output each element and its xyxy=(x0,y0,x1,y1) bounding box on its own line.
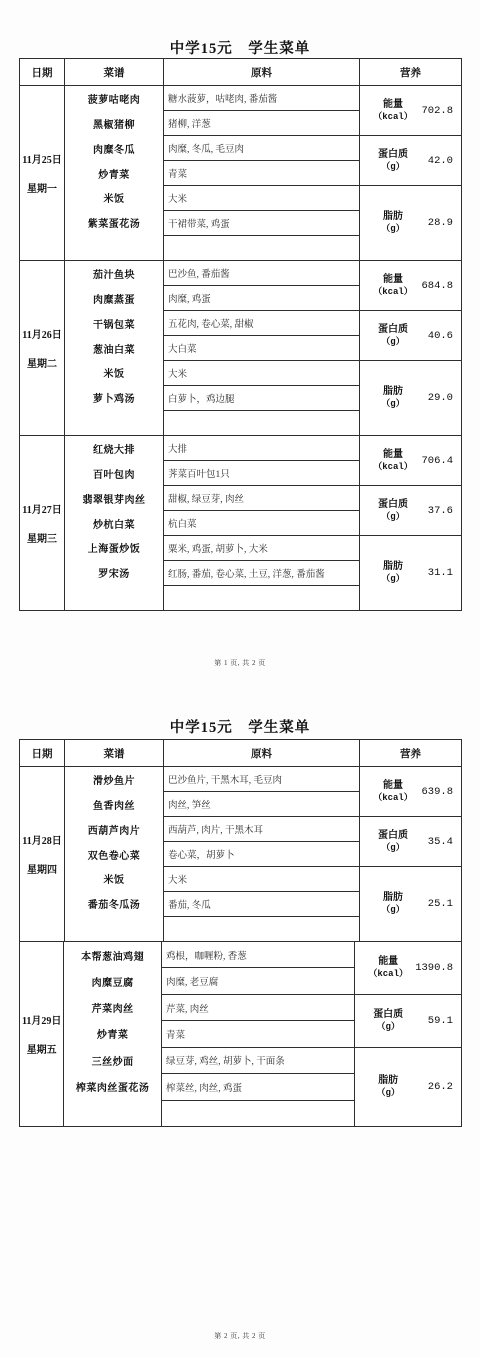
day-block-wednesday: 11月27日 星期三 红烧大排 百叶包肉 翡翠银芽肉丝 炒杭白菜 上海蛋炒饭 罗… xyxy=(20,435,461,610)
fat-value: 25.1 xyxy=(420,898,455,910)
dish-name: 炒青菜 xyxy=(65,161,163,186)
dish-name: 菠萝咕咾肉 xyxy=(65,86,163,111)
dish-name: 罗宋汤 xyxy=(65,560,163,585)
nutrition-fat: 脂肪 （g） 25.1 xyxy=(360,867,461,941)
table-header: 日期 菜谱 原料 营养 xyxy=(20,59,461,86)
dish-name-empty xyxy=(65,235,163,260)
ingredients-cell: 巴沙鱼片, 干黑木耳, 毛豆肉 肉丝, 笋丝 西葫芦, 肉片, 干黑木耳 卷心菜… xyxy=(164,767,360,941)
header-date: 日期 xyxy=(20,59,65,85)
ingredients-text: 干裙带菜, 鸡蛋 xyxy=(164,211,359,236)
menu-cell: 菠萝咕咾肉 黑椒猪柳 肉糜冬瓜 炒青菜 米饭 紫菜蛋花汤 xyxy=(65,86,164,260)
fat-value: 29.0 xyxy=(420,392,455,404)
ingredients-empty xyxy=(164,236,359,260)
ingredients-text: 荠菜百叶包1只 xyxy=(164,461,359,486)
protein-unit: （g） xyxy=(366,161,420,174)
dish-name: 芹菜肉丝 xyxy=(64,995,161,1021)
ingredients-text: 西葫芦, 肉片, 干黑木耳 xyxy=(164,817,359,842)
ingredients-text: 猪柳, 洋葱 xyxy=(164,111,359,136)
ingredients-text: 大白菜 xyxy=(164,336,359,361)
dish-name: 炒杭白菜 xyxy=(65,511,163,536)
header-menu: 菜谱 xyxy=(65,59,164,85)
nutrition-fat: 脂肪 （g） 31.1 xyxy=(360,536,461,610)
protein-unit: （g） xyxy=(366,336,420,349)
fat-label: 脂肪 xyxy=(366,560,420,573)
date-text: 11月28日 xyxy=(22,832,61,847)
day-block-friday: 11月29日 星期五 本帮葱油鸡翅 肉糜豆腐 芹菜肉丝 炒青菜 三丝炒面 榨菜肉… xyxy=(20,941,461,1126)
energy-unit: （kcal） xyxy=(366,111,420,124)
date-text: 11月29日 xyxy=(22,1012,61,1027)
date-cell: 11月25日 星期一 xyxy=(20,86,65,260)
dish-name: 西葫芦肉片 xyxy=(65,817,163,842)
fat-value: 31.1 xyxy=(420,567,455,579)
nutrition-protein: 蛋白质 （g） 35.4 xyxy=(360,817,461,867)
ingredients-text: 青菜 xyxy=(164,161,359,186)
dish-name: 葱油白菜 xyxy=(65,336,163,361)
weekday-text: 星期五 xyxy=(27,1041,57,1056)
nutrition-protein: 蛋白质 （g） 42.0 xyxy=(360,136,461,186)
ingredients-text: 五花肉, 卷心菜, 甜椒 xyxy=(164,311,359,336)
protein-unit: （g） xyxy=(361,1021,415,1034)
nutrition-cell: 能量 （kcal） 702.8 蛋白质 （g） 42.0 脂肪 （g） 28.9 xyxy=(360,86,461,260)
menu-table-page2: 日期 菜谱 原料 营养 11月28日 星期四 滑炒鱼片 鱼香肉丝 西葫芦肉片 双… xyxy=(19,739,462,1127)
dish-name: 干锅包菜 xyxy=(65,311,163,336)
nutrition-protein: 蛋白质 （g） 40.6 xyxy=(360,311,461,361)
page2-footer: 第 2 页, 共 2 页 xyxy=(0,1331,480,1341)
header-menu: 菜谱 xyxy=(65,740,164,766)
protein-label: 蛋白质 xyxy=(366,498,420,511)
page1-footer: 第 1 页, 共 2 页 xyxy=(0,658,480,668)
dish-name: 榨菜肉丝蛋花汤 xyxy=(64,1073,161,1099)
weekday-text: 星期一 xyxy=(27,180,57,195)
fat-unit: （g） xyxy=(366,573,420,586)
protein-unit: （g） xyxy=(366,842,420,855)
ingredients-text: 甜椒, 绿豆芽, 肉丝 xyxy=(164,486,359,511)
energy-value: 702.8 xyxy=(420,105,455,117)
ingredients-text: 糖水菠萝，咕咾肉, 番茄酱 xyxy=(164,86,359,111)
ingredients-empty xyxy=(164,917,359,941)
dish-name: 肉糜豆腐 xyxy=(64,968,161,994)
energy-unit: （kcal） xyxy=(361,968,415,981)
energy-value: 706.4 xyxy=(420,455,455,467)
nutrition-energy: 能量 （kcal） 1390.8 xyxy=(355,942,461,995)
nutrition-energy: 能量 （kcal） 706.4 xyxy=(360,436,461,486)
page-title: 中学15元 学生菜单 xyxy=(0,37,480,58)
dish-name: 红烧大排 xyxy=(65,436,163,461)
energy-label: 能量 xyxy=(366,448,420,461)
dish-name: 翡翠银芽肉丝 xyxy=(65,486,163,511)
energy-label: 能量 xyxy=(366,273,420,286)
dish-name: 米饭 xyxy=(65,360,163,385)
menu-cell: 滑炒鱼片 鱼香肉丝 西葫芦肉片 双色卷心菜 米饭 番茄冬瓜汤 xyxy=(65,767,164,941)
ingredients-text: 巴沙鱼, 番茄酱 xyxy=(164,261,359,286)
ingredients-text: 大米 xyxy=(164,361,359,386)
date-text: 11月25日 xyxy=(22,151,61,166)
dish-name: 茄汁鱼块 xyxy=(65,261,163,286)
dish-name: 肉糜蒸蛋 xyxy=(65,286,163,311)
dish-name: 滑炒鱼片 xyxy=(65,767,163,792)
protein-unit: （g） xyxy=(366,511,420,524)
ingredients-empty xyxy=(164,586,359,610)
fat-unit: （g） xyxy=(361,1087,415,1100)
dish-name: 本帮葱油鸡翅 xyxy=(64,942,161,968)
ingredients-text: 鸡根，咖喱粉, 香葱 xyxy=(162,942,354,968)
ingredients-text: 卷心菜，胡萝卜 xyxy=(164,842,359,867)
protein-label: 蛋白质 xyxy=(366,323,420,336)
fat-unit: （g） xyxy=(366,223,420,236)
menu-cell: 红烧大排 百叶包肉 翡翠银芽肉丝 炒杭白菜 上海蛋炒饭 罗宋汤 xyxy=(65,436,164,610)
protein-value: 59.1 xyxy=(415,1015,455,1027)
dish-name: 炒青菜 xyxy=(64,1021,161,1047)
nutrition-cell: 能量 （kcal） 684.8 蛋白质 （g） 40.6 脂肪 （g） 29.0 xyxy=(360,261,461,435)
table-header: 日期 菜谱 原料 营养 xyxy=(20,740,461,767)
dish-name: 双色卷心菜 xyxy=(65,842,163,867)
header-nutrition: 营养 xyxy=(360,59,461,85)
protein-value: 35.4 xyxy=(420,836,455,848)
fat-unit: （g） xyxy=(366,398,420,411)
ingredients-text: 杭白菜 xyxy=(164,511,359,536)
dish-name: 萝卜鸡汤 xyxy=(65,385,163,410)
weekday-text: 星期四 xyxy=(27,861,57,876)
dish-name: 上海蛋炒饭 xyxy=(65,535,163,560)
date-text: 11月27日 xyxy=(22,501,61,516)
date-cell: 11月27日 星期三 xyxy=(20,436,65,610)
menu-cell: 茄汁鱼块 肉糜蒸蛋 干锅包菜 葱油白菜 米饭 萝卜鸡汤 xyxy=(65,261,164,435)
date-cell: 11月28日 星期四 xyxy=(20,767,65,941)
nutrition-cell: 能量 （kcal） 639.8 蛋白质 （g） 35.4 脂肪 （g） 25.1 xyxy=(360,767,461,941)
ingredients-text: 青菜 xyxy=(162,1021,354,1047)
dish-name: 番茄冬瓜汤 xyxy=(65,891,163,916)
energy-value: 1390.8 xyxy=(415,962,455,974)
nutrition-fat: 脂肪 （g） 28.9 xyxy=(360,186,461,260)
energy-unit: （kcal） xyxy=(366,286,420,299)
fat-label: 脂肪 xyxy=(366,385,420,398)
day-block-tuesday: 11月26日 星期二 茄汁鱼块 肉糜蒸蛋 干锅包菜 葱油白菜 米饭 萝卜鸡汤 巴… xyxy=(20,260,461,435)
energy-value: 639.8 xyxy=(420,786,455,798)
protein-value: 37.6 xyxy=(420,505,455,517)
protein-label: 蛋白质 xyxy=(361,1008,415,1021)
dish-name-empty xyxy=(65,585,163,610)
fat-label: 脂肪 xyxy=(361,1074,415,1087)
ingredients-text: 白萝卜，鸡边腿 xyxy=(164,386,359,411)
day-block-monday: 11月25日 星期一 菠萝咕咾肉 黑椒猪柳 肉糜冬瓜 炒青菜 米饭 紫菜蛋花汤 … xyxy=(20,86,461,260)
ingredients-text: 番茄, 冬瓜 xyxy=(164,892,359,917)
weekday-text: 星期二 xyxy=(27,355,57,370)
ingredients-cell: 糖水菠萝，咕咾肉, 番茄酱 猪柳, 洋葱 肉糜, 冬瓜, 毛豆肉 青菜 大米 干… xyxy=(164,86,360,260)
nutrition-energy: 能量 （kcal） 639.8 xyxy=(360,767,461,817)
dish-name: 米饭 xyxy=(65,185,163,210)
ingredients-cell: 巴沙鱼, 番茄酱 肉糜, 鸡蛋 五花肉, 卷心菜, 甜椒 大白菜 大米 白萝卜，… xyxy=(164,261,360,435)
page-title: 中学15元 学生菜单 xyxy=(0,716,480,737)
ingredients-text: 大米 xyxy=(164,867,359,892)
energy-unit: （kcal） xyxy=(366,792,420,805)
fat-label: 脂肪 xyxy=(366,891,420,904)
ingredients-cell: 大排 荠菜百叶包1只 甜椒, 绿豆芽, 肉丝 杭白菜 粟米, 鸡蛋, 胡萝卜, … xyxy=(164,436,360,610)
header-ingredients: 原料 xyxy=(164,59,360,85)
nutrition-protein: 蛋白质 （g） 37.6 xyxy=(360,486,461,536)
nutrition-fat: 脂肪 （g） 29.0 xyxy=(360,361,461,435)
protein-label: 蛋白质 xyxy=(366,148,420,161)
dish-name: 三丝炒面 xyxy=(64,1047,161,1073)
fat-label: 脂肪 xyxy=(366,210,420,223)
ingredients-text: 肉糜, 冬瓜, 毛豆肉 xyxy=(164,136,359,161)
dish-name-empty xyxy=(65,916,163,941)
day-block-thursday: 11月28日 星期四 滑炒鱼片 鱼香肉丝 西葫芦肉片 双色卷心菜 米饭 番茄冬瓜… xyxy=(20,767,461,941)
ingredients-text: 肉糜, 鸡蛋 xyxy=(164,286,359,311)
energy-label: 能量 xyxy=(366,779,420,792)
dish-name-empty xyxy=(64,1100,161,1126)
dish-name: 鱼香肉丝 xyxy=(65,792,163,817)
ingredients-cell: 鸡根，咖喱粉, 香葱 肉糜, 老豆腐 芹菜, 肉丝 青菜 绿豆芽, 鸡丝, 胡萝… xyxy=(162,942,355,1126)
ingredients-text: 芹菜, 肉丝 xyxy=(162,995,354,1021)
ingredients-text: 绿豆芽, 鸡丝, 胡萝卜, 干面条 xyxy=(162,1048,354,1074)
nutrition-energy: 能量 （kcal） 684.8 xyxy=(360,261,461,311)
nutrition-energy: 能量 （kcal） 702.8 xyxy=(360,86,461,136)
nutrition-cell: 能量 （kcal） 1390.8 蛋白质 （g） 59.1 脂肪 （g） 26.… xyxy=(355,942,461,1126)
energy-value: 684.8 xyxy=(420,280,455,292)
ingredients-text: 粟米, 鸡蛋, 胡萝卜, 大米 xyxy=(164,536,359,561)
dish-name: 紫菜蛋花汤 xyxy=(65,210,163,235)
nutrition-protein: 蛋白质 （g） 59.1 xyxy=(355,995,461,1048)
energy-unit: （kcal） xyxy=(366,461,420,474)
protein-value: 42.0 xyxy=(420,155,455,167)
menu-table-page1: 日期 菜谱 原料 营养 11月25日 星期一 菠萝咕咾肉 黑椒猪柳 肉糜冬瓜 炒… xyxy=(19,58,462,611)
protein-label: 蛋白质 xyxy=(366,829,420,842)
ingredients-text: 榨菜丝, 肉丝, 鸡蛋 xyxy=(162,1074,354,1100)
fat-value: 26.2 xyxy=(415,1081,455,1093)
protein-value: 40.6 xyxy=(420,330,455,342)
ingredients-text: 巴沙鱼片, 干黑木耳, 毛豆肉 xyxy=(164,767,359,792)
header-date: 日期 xyxy=(20,740,65,766)
dish-name: 肉糜冬瓜 xyxy=(65,136,163,161)
ingredients-text: 大排 xyxy=(164,436,359,461)
ingredients-text: 红肠, 番茄, 卷心菜, 土豆, 洋葱, 番茄酱 xyxy=(164,561,359,586)
menu-cell: 本帮葱油鸡翅 肉糜豆腐 芹菜肉丝 炒青菜 三丝炒面 榨菜肉丝蛋花汤 xyxy=(64,942,162,1126)
energy-label: 能量 xyxy=(361,955,415,968)
fat-unit: （g） xyxy=(366,904,420,917)
ingredients-text: 肉糜, 老豆腐 xyxy=(162,968,354,994)
energy-label: 能量 xyxy=(366,98,420,111)
dish-name: 米饭 xyxy=(65,866,163,891)
dish-name: 黑椒猪柳 xyxy=(65,111,163,136)
weekday-text: 星期三 xyxy=(27,530,57,545)
date-text: 11月26日 xyxy=(22,326,61,341)
ingredients-text: 大米 xyxy=(164,186,359,211)
nutrition-cell: 能量 （kcal） 706.4 蛋白质 （g） 37.6 脂肪 （g） 31.1 xyxy=(360,436,461,610)
ingredients-empty xyxy=(164,411,359,435)
header-ingredients: 原料 xyxy=(164,740,360,766)
ingredients-text: 肉丝, 笋丝 xyxy=(164,792,359,817)
nutrition-fat: 脂肪 （g） 26.2 xyxy=(355,1048,461,1126)
date-cell: 11月26日 星期二 xyxy=(20,261,65,435)
ingredients-empty xyxy=(162,1101,354,1126)
dish-name-empty xyxy=(65,410,163,435)
header-nutrition: 营养 xyxy=(360,740,461,766)
fat-value: 28.9 xyxy=(420,217,455,229)
date-cell: 11月29日 星期五 xyxy=(20,942,64,1126)
dish-name: 百叶包肉 xyxy=(65,461,163,486)
